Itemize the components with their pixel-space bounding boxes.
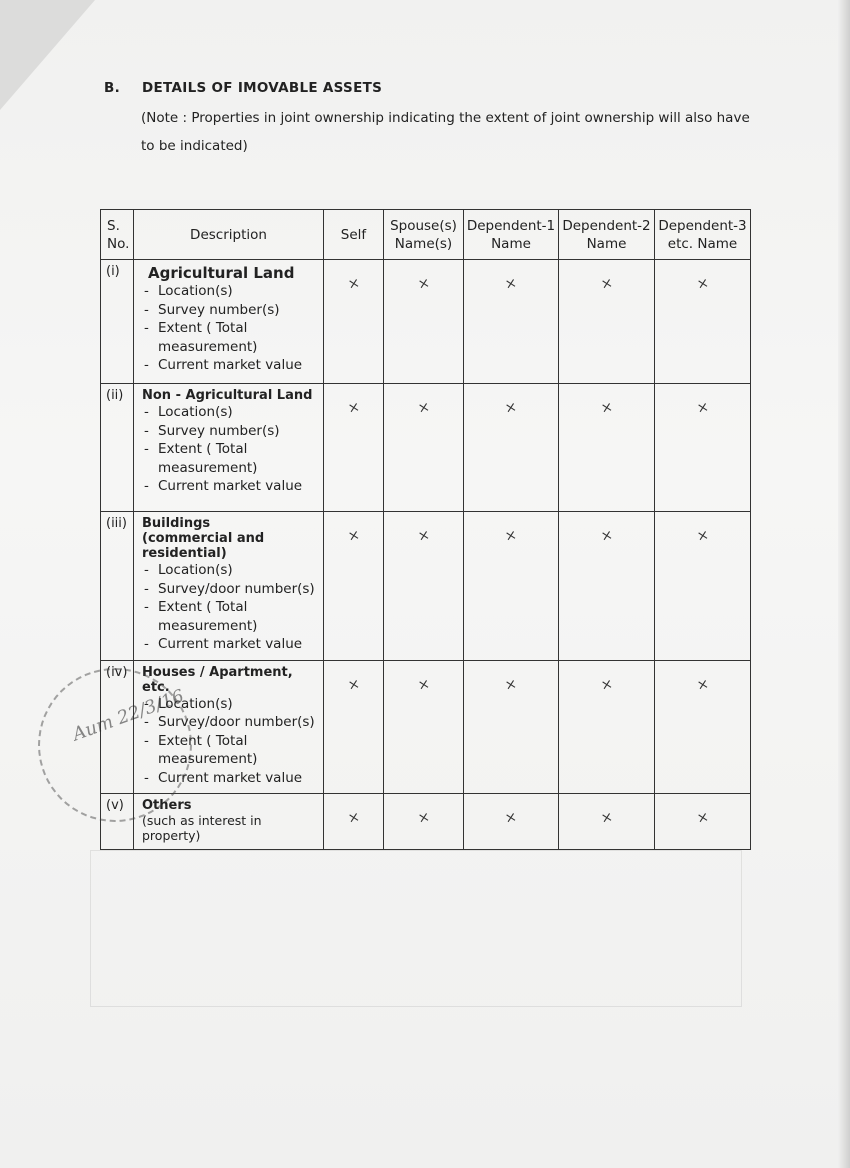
- header-description: Description: [134, 210, 324, 260]
- cell-dependent-3: ×: [655, 794, 751, 850]
- cell-dependent-2: ×: [559, 794, 655, 850]
- cross-mark-icon: ×: [416, 809, 431, 827]
- cell-dependent-2: ×: [559, 260, 655, 384]
- table-row: (iv) Houses / Apartment, etc. Location(s…: [101, 660, 751, 794]
- cell-dependent-3: ×: [655, 512, 751, 661]
- cell-dependent-1: ×: [464, 512, 559, 661]
- cross-mark-icon: ×: [695, 399, 710, 417]
- field-item: Current market value: [142, 769, 319, 788]
- cell-dependent-3: ×: [655, 660, 751, 794]
- cell-spouse: ×: [384, 794, 464, 850]
- field-item: Survey number(s): [142, 301, 319, 320]
- row-sno: (ii): [101, 384, 134, 512]
- field-item: Current market value: [142, 477, 319, 496]
- cell-dependent-3: ×: [655, 384, 751, 512]
- cross-mark-icon: ×: [599, 275, 614, 293]
- cross-mark-icon: ×: [416, 675, 431, 693]
- bleed-through-table: [90, 850, 742, 1007]
- row-description: Others (such as interest in property): [134, 794, 324, 850]
- category-title: Others: [142, 798, 319, 813]
- cell-self: ×: [324, 260, 384, 384]
- page-edge-shadow: [838, 0, 850, 1168]
- cross-mark-icon: ×: [346, 399, 361, 417]
- cross-mark-icon: ×: [416, 399, 431, 417]
- section-note: (Note : Properties in joint ownership in…: [141, 104, 751, 160]
- field-item: Survey number(s): [142, 422, 319, 441]
- row-sno: (i): [101, 260, 134, 384]
- row-description: Agricultural Land Location(s) Survey num…: [134, 260, 324, 384]
- cell-dependent-2: ×: [559, 660, 655, 794]
- header-spouse: Spouse(s) Name(s): [384, 210, 464, 260]
- table-row: (v) Others (such as interest in property…: [101, 794, 751, 850]
- cross-mark-icon: ×: [504, 527, 519, 545]
- cross-mark-icon: ×: [599, 527, 614, 545]
- cross-mark-icon: ×: [504, 809, 519, 827]
- category-title: Agricultural Land: [148, 264, 319, 282]
- field-item: Extent ( Total measurement): [142, 440, 319, 477]
- cell-spouse: ×: [384, 260, 464, 384]
- cross-mark-icon: ×: [346, 275, 361, 293]
- field-item: Location(s): [142, 561, 319, 580]
- category-title: Non - Agricultural Land: [142, 388, 319, 403]
- cell-dependent-1: ×: [464, 660, 559, 794]
- scanned-page: B. DETAILS OF IMOVABLE ASSETS (Note : Pr…: [0, 0, 850, 1168]
- cell-dependent-1: ×: [464, 384, 559, 512]
- header-sno: S. No.: [101, 210, 134, 260]
- field-item: Location(s): [142, 403, 319, 422]
- header-self: Self: [324, 210, 384, 260]
- field-item: Current market value: [142, 635, 319, 654]
- header-dependent-3: Dependent-3 etc. Name: [655, 210, 751, 260]
- cell-spouse: ×: [384, 660, 464, 794]
- cross-mark-icon: ×: [346, 809, 361, 827]
- cross-mark-icon: ×: [416, 275, 431, 293]
- section-letter: B.: [104, 80, 120, 96]
- cross-mark-icon: ×: [695, 275, 710, 293]
- table-row: (ii) Non - Agricultural Land Location(s)…: [101, 384, 751, 512]
- table-row: (iii) Buildings (commercial and resident…: [101, 512, 751, 661]
- row-description: Buildings (commercial and residential) L…: [134, 512, 324, 661]
- cross-mark-icon: ×: [346, 527, 361, 545]
- cross-mark-icon: ×: [504, 399, 519, 417]
- immovable-assets-table: S. No. Description Self Spouse(s) Name(s…: [100, 209, 751, 850]
- section-title: DETAILS OF IMOVABLE ASSETS: [142, 80, 382, 96]
- cell-dependent-3: ×: [655, 260, 751, 384]
- table-header-row: S. No. Description Self Spouse(s) Name(s…: [101, 210, 751, 260]
- cross-mark-icon: ×: [346, 675, 361, 693]
- field-item: Survey/door number(s): [142, 580, 319, 599]
- cross-mark-icon: ×: [695, 527, 710, 545]
- section-heading: B. DETAILS OF IMOVABLE ASSETS: [104, 80, 382, 96]
- row-sno: (iii): [101, 512, 134, 661]
- field-item: Location(s): [142, 282, 319, 301]
- cell-dependent-1: ×: [464, 260, 559, 384]
- cell-spouse: ×: [384, 384, 464, 512]
- cell-dependent-1: ×: [464, 794, 559, 850]
- field-item: Survey/door number(s): [142, 713, 319, 732]
- field-item: Extent ( Total measurement): [142, 319, 319, 356]
- cell-dependent-2: ×: [559, 384, 655, 512]
- cross-mark-icon: ×: [416, 527, 431, 545]
- field-item: Current market value: [142, 356, 319, 375]
- cell-self: ×: [324, 512, 384, 661]
- header-dependent-2: Dependent-2 Name: [559, 210, 655, 260]
- cell-self: ×: [324, 384, 384, 512]
- cross-mark-icon: ×: [504, 275, 519, 293]
- cell-dependent-2: ×: [559, 512, 655, 661]
- folded-corner: [0, 0, 95, 110]
- field-item: Extent ( Total measurement): [142, 598, 319, 635]
- cell-self: ×: [324, 660, 384, 794]
- category-title: Buildings (commercial and residential): [142, 516, 282, 561]
- table-row: (i) Agricultural Land Location(s) Survey…: [101, 260, 751, 384]
- cross-mark-icon: ×: [695, 809, 710, 827]
- category-subtitle: (such as interest in property): [142, 813, 319, 843]
- row-description: Non - Agricultural Land Location(s) Surv…: [134, 384, 324, 512]
- cross-mark-icon: ×: [599, 399, 614, 417]
- cross-mark-icon: ×: [599, 675, 614, 693]
- cell-self: ×: [324, 794, 384, 850]
- cell-spouse: ×: [384, 512, 464, 661]
- cross-mark-icon: ×: [599, 809, 614, 827]
- header-dependent-1: Dependent-1 Name: [464, 210, 559, 260]
- cross-mark-icon: ×: [695, 675, 710, 693]
- row-sno: (v): [101, 794, 134, 850]
- cross-mark-icon: ×: [504, 675, 519, 693]
- row-description: Houses / Apartment, etc. Location(s) Sur…: [134, 660, 324, 794]
- field-item: Extent ( Total measurement): [142, 732, 319, 769]
